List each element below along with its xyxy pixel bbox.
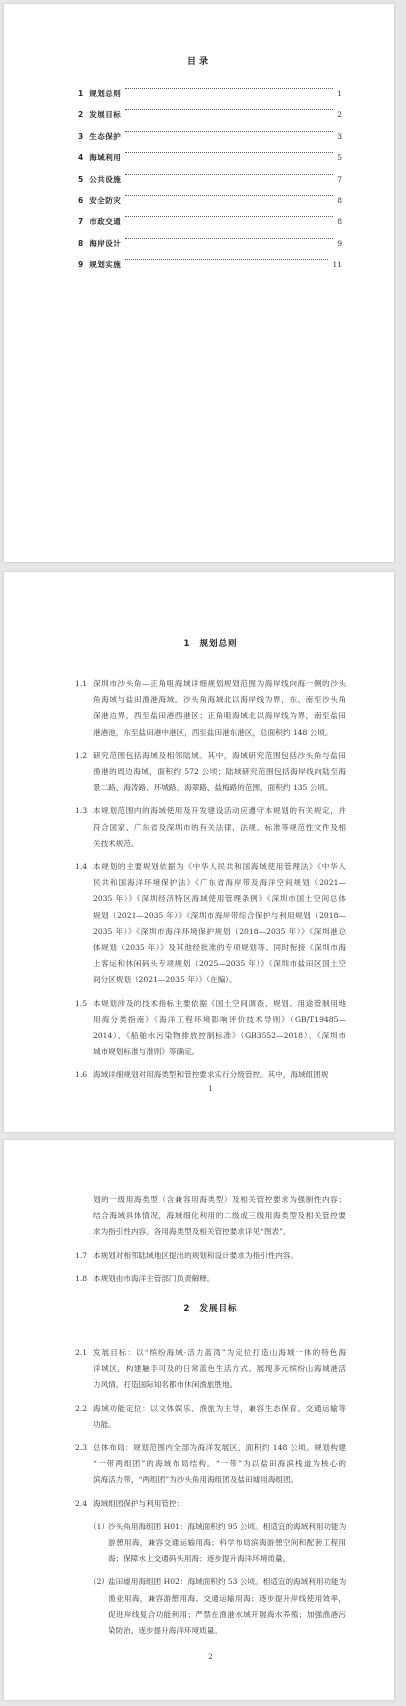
paragraph-line: 民共和国海洋环境保护法》《广东省海岸带及海洋空间规划（2021— xyxy=(93,875,346,891)
document-page-2: 1规划总则1.1深圳市沙头角—正角咀海域详细规划规划范围为海岸线向海一侧的沙头角… xyxy=(4,572,394,1132)
paragraph-line: 深圳市沙头角—正角咀海域详细规划规划范围为海岸线向海一侧的沙头 xyxy=(93,676,346,692)
paragraph-line: 研究范围包括海域及相邻陆域。其中，海域研究范围包括沙头角与盐田 xyxy=(93,748,346,764)
toc-dot-leader xyxy=(125,109,333,110)
section-number: 1 xyxy=(184,639,191,649)
page-content: 划的一级用海类型（含兼容用海类型）及相关管控要求为强制性内容；结合海域具体情况，… xyxy=(4,1140,394,1639)
toc-entry-label: 海域利用 xyxy=(89,147,121,168)
toc-dot-leader xyxy=(125,195,333,196)
paragraph-number: 1.8 xyxy=(75,1271,87,1287)
paragraph-line: 2035 年）》《深圳市海洋环境保护规划（2018—2035 年）》《深圳港总 xyxy=(93,924,346,940)
paragraph-line: 本规划由市海洋主管部门负责解释。 xyxy=(93,1271,346,1287)
toc-dot-leader xyxy=(125,174,333,175)
toc-entry-page: 7 xyxy=(337,169,342,190)
toc-entry-number: 4 xyxy=(78,147,83,168)
section-title: 规划总则 xyxy=(199,639,237,649)
paragraph-number: 1.5 xyxy=(75,996,87,1012)
paragraph-line: 关技术规范。 xyxy=(93,836,346,852)
toc-entry-number: 7 xyxy=(78,211,83,232)
section-title: 发展目标 xyxy=(199,1304,237,1314)
paragraph-line: 总体布局：规划范围内全部为海洋发展区，面积约 148 公顷。规划构建 xyxy=(93,1440,346,1456)
paragraph-line: 滨海活力带，“两组团”为沙头角用海组团及盐田墟用海组团。 xyxy=(93,1472,346,1488)
paragraph-line: 用海分类指南》《海洋工程环境影响评价技术导则》（GB/T19485— xyxy=(93,1012,346,1028)
page-content: 1规划总则1.1深圳市沙头角—正角咀海域详细规划规划范围为海岸线向海一侧的沙头角… xyxy=(4,572,394,1084)
toc-entry-page: 2 xyxy=(337,104,342,125)
toc-title: 目录 xyxy=(4,4,394,67)
toc-entry[interactable]: 5公共设施7 xyxy=(78,169,342,190)
paragraph-line: 划的一级用海类型（含兼容用海类型）及相关管控要求为强制性内容； xyxy=(93,1192,346,1208)
paragraph-number: 1.6 xyxy=(75,1067,87,1083)
toc-entry[interactable]: 3生态保护3 xyxy=(78,126,342,147)
paragraph: 2.2海域功能定位：以文体娱乐、渔旅为主导，兼容生态保育、交通运输等功能。 xyxy=(75,1401,346,1433)
document-page-1: 目录 1规划总则12发展目标23生态保护34海域利用55公共设施76安全防灾87… xyxy=(4,4,394,562)
paragraph-line: 功能。 xyxy=(93,1417,346,1433)
paragraph: 1.4本规划的主要规划依据为《中华人民共和国海域使用管理法》《中华人民共和国海洋… xyxy=(75,859,346,989)
toc-dot-leader xyxy=(125,259,328,260)
toc-dot-leader xyxy=(125,238,333,239)
toc-entry[interactable]: 8海岸设计9 xyxy=(78,233,342,254)
toc-dot-leader xyxy=(125,88,333,89)
toc-entry-page: 3 xyxy=(337,126,342,147)
paragraph-line: 符合国家、广东省及深圳市的有关法律、法规、标准等规范性文件及相 xyxy=(93,820,346,836)
toc-entry-page: 8 xyxy=(337,190,342,211)
list-item: （1）沙头角用海组团 H01：海域面积约 95 公顷。相适宜的海域利用功能为游憩… xyxy=(75,1519,346,1568)
toc-entry[interactable]: 9规划实施11 xyxy=(78,254,342,275)
paragraph-number: 1.1 xyxy=(75,676,87,692)
paragraph-line: 本规划涉及的技术指标主要依据《国土空间调查、规划、用途管制用地 xyxy=(93,996,346,1012)
toc-list: 1规划总则12发展目标23生态保护34海域利用55公共设施76安全防灾87市政交… xyxy=(4,83,394,276)
paragraph: 2.4海域组团保护与利用管控： xyxy=(75,1496,346,1512)
paragraph-number: 2.3 xyxy=(75,1440,87,1456)
paragraph: 1.7本规划对相邻陆域地区提出的规划和设计要求为指引性内容。 xyxy=(75,1248,346,1264)
paragraph-line: 力风情、打造国际知名都市休闲渔旅胜地。 xyxy=(93,1377,346,1393)
paragraph-number: 2.1 xyxy=(75,1345,87,1361)
paragraph-number: 1.4 xyxy=(75,859,87,875)
paragraph: 2.1发展目标：以“缤纷海域·活力蓝湾”为定位打造山海城一体的特色海洋城区，构建… xyxy=(75,1345,346,1394)
paragraph: 1.6海域详细规划对用海类型和管控要求实行分级管控。其中，海域组团规 xyxy=(75,1067,346,1083)
toc-entry-page: 5 xyxy=(337,147,342,168)
toc-entry-page: 11 xyxy=(332,254,342,275)
paragraph: 1.2研究范围包括海域及相邻陆域。其中，海域研究范围包括沙头角与盐田渔港的周边海… xyxy=(75,748,346,797)
paragraph: 1.1深圳市沙头角—正角咀海域详细规划规划范围为海岸线向海一侧的沙头角海域与盐田… xyxy=(75,676,346,741)
paragraph-line: 深港边界，西至盐田港西港区；正角咀海域北以海岸线为界，南至盐田 xyxy=(93,708,346,724)
paragraph-line: “一带两组团”的海域布局结构。“一带”为以盐田海滨栈道为核心的 xyxy=(93,1456,346,1472)
document-viewer: { "background_color": "#e6e6e6", "page_c… xyxy=(0,0,406,1706)
paragraph-line: 本规划对相邻陆域地区提出的规划和设计要求为指引性内容。 xyxy=(93,1248,346,1264)
paragraph: 1.8本规划由市海洋主管部门负责解释。 xyxy=(75,1271,346,1287)
toc-entry-number: 6 xyxy=(78,190,83,211)
paragraph: 1.5本规划涉及的技术指标主要依据《国土空间调查、规划、用途管制用地用海分类指南… xyxy=(75,996,346,1061)
toc-entry-number: 8 xyxy=(78,233,83,254)
paragraph-line: 渔业用海，兼容游憩用海、交通运输用海；逐步提升岸线使用效率， xyxy=(108,1591,346,1607)
paragraph: 1.3本规划范围内的海域使用及开发建设活动应遵守本规划的有关规定，并符合国家、广… xyxy=(75,803,346,852)
toc-entry-label: 安全防灾 xyxy=(89,190,121,211)
toc-dot-leader xyxy=(125,216,333,217)
toc-entry-label: 公共设施 xyxy=(89,169,121,190)
paragraph-line: 港港池，东至盐田港中港区，西至盐田港东港区，总面积约 148 公顷。 xyxy=(93,725,346,741)
paragraph-line: 发展目标：以“缤纷海域·活力蓝湾”为定位打造山海城一体的特色海 xyxy=(93,1345,346,1361)
toc-dot-leader xyxy=(125,152,333,153)
toc-entry-number: 3 xyxy=(78,126,83,147)
paragraph-number: 1.2 xyxy=(75,748,87,764)
paragraph: 划的一级用海类型（含兼容用海类型）及相关管控要求为强制性内容；结合海域具体情况，… xyxy=(75,1192,346,1241)
toc-entry[interactable]: 6安全防灾8 xyxy=(78,190,342,211)
paragraph-line: 海域功能定位：以文体娱乐、渔旅为主导，兼容生态保育、交通运输等 xyxy=(93,1401,346,1417)
paragraph-line: 染防治，逐步提升海洋环境质量。 xyxy=(108,1623,346,1639)
paragraph-line: 盐田墟用海组团 H02：海域面积约 53 公顷。相适宜的海域利用功能为 xyxy=(108,1574,346,1590)
toc-entry-label: 规划实施 xyxy=(89,254,121,275)
paragraph-number: 2.2 xyxy=(75,1401,87,1417)
toc-entry[interactable]: 2发展目标2 xyxy=(78,104,342,125)
paragraph-line: 沙头角用海组团 H01：海域面积约 95 公顷。相适宜的海域利用功能为 xyxy=(108,1519,346,1535)
paragraph: 2.3总体布局：规划范围内全部为海洋发展区，面积约 148 公顷。规划构建“一带… xyxy=(75,1440,346,1489)
paragraph-line: 2035 年）》《深圳经济特区海域使用管理条例》《深圳市国土空间总体 xyxy=(93,891,346,907)
paragraph-line: 海；保障水上交通码头用海；逐步提升海洋环境质量。 xyxy=(108,1551,346,1567)
list-item-marker: （2） xyxy=(89,1574,109,1590)
paragraph-line: 游憩用海，兼容交通运输用海；科学布局滨海游憩空间和配套工程用 xyxy=(108,1535,346,1551)
document-page-3: 划的一级用海类型（含兼容用海类型）及相关管控要求为强制性内容；结合海域具体情况，… xyxy=(4,1140,394,1700)
toc-entry-page: 1 xyxy=(337,83,342,104)
paragraph-line: 本规划的主要规划依据为《中华人民共和国海域使用管理法》《中华人 xyxy=(93,859,346,875)
toc-entry-number: 9 xyxy=(78,254,83,275)
page-number: 1 xyxy=(75,1084,346,1094)
page-number: 2 xyxy=(75,1652,346,1662)
toc-entry[interactable]: 7市政交通8 xyxy=(78,211,342,232)
toc-entry[interactable]: 4海域利用5 xyxy=(78,147,342,168)
paragraph-line: 2014）、《船舶水污染物排放控制标准》（GB3552—2018）、《深圳市 xyxy=(93,1028,346,1044)
paragraph-line: 角海域与盐田渔港海域。沙头角海域北以海岸线为界，东、南至沙头角 xyxy=(93,692,346,708)
paragraph-number: 2.4 xyxy=(75,1496,87,1512)
paragraph-line: 上客运和休闲码头专项规划（2025—2035 年）》《深圳市盐田区国土空 xyxy=(93,956,346,972)
paragraph-line: 结合海域具体情况，海域细化利用的二级或三级用海类型及相关管控要 xyxy=(93,1208,346,1224)
paragraph-line: 求为指引性内容。各用海类型及相关管控要求详见“图表”。 xyxy=(93,1224,346,1240)
toc-entry-page: 9 xyxy=(337,233,342,254)
toc-entry-label: 发展目标 xyxy=(89,104,121,125)
paragraph-line: 洋城区，构建触手可及的日常蓝色生活方式、展现多元缤纷山海城港活 xyxy=(93,1361,346,1377)
paragraph-line: 海域组团保护与利用管控： xyxy=(93,1496,346,1512)
toc-entry[interactable]: 1规划总则1 xyxy=(78,83,342,104)
list-item: （2）盐田墟用海组团 H02：海域面积约 53 公顷。相适宜的海域利用功能为渔业… xyxy=(75,1574,346,1639)
toc-entry-label: 海岸设计 xyxy=(89,233,121,254)
toc-entry-number: 2 xyxy=(78,104,83,125)
toc-entry-number: 1 xyxy=(78,83,83,104)
paragraph-line: 本规划范围内的海域使用及开发建设活动应遵守本规划的有关规定，并 xyxy=(93,803,346,819)
paragraph-number: 1.3 xyxy=(75,803,87,819)
list-item-marker: （1） xyxy=(89,1519,109,1535)
paragraph-line: 规划（2021—2035 年）》《深圳市海岸带综合保护与利用规划（2018— xyxy=(93,908,346,924)
toc-dot-leader xyxy=(125,131,333,132)
section-heading: 2发展目标 xyxy=(75,1301,346,1317)
paragraph-line: 间分区规划（2021—2035 年）》（在编）。 xyxy=(93,972,346,988)
paragraph-line: 体规划（2035 年）》及其他经批准的专项规划等。同时衔接《深圳市海 xyxy=(93,940,346,956)
toc-entry-label: 生态保护 xyxy=(89,126,121,147)
section-heading: 1规划总则 xyxy=(75,636,346,652)
paragraph-line: 景二路、海涛路、环城路、海翠路、盐梅路的范围，面积约 135 公顷。 xyxy=(93,780,346,796)
paragraph-line: 渔港的周边海域，面积约 572 公顷；陆域研究范围包括海岸线向陆至海 xyxy=(93,764,346,780)
paragraph-line: 城市规划标准与准则》等确定。 xyxy=(93,1044,346,1060)
paragraph-number: 1.7 xyxy=(75,1248,87,1264)
toc-entry-label: 市政交通 xyxy=(89,211,121,232)
toc-entry-label: 规划总则 xyxy=(89,83,121,104)
toc-entry-number: 5 xyxy=(78,169,83,190)
section-number: 2 xyxy=(184,1304,191,1314)
toc-entry-page: 8 xyxy=(337,211,342,232)
paragraph-line: 促进岸线复合功能利用；严禁在渔港水域开展海水养殖；加强渔港污 xyxy=(108,1607,346,1623)
paragraph-line: 海域详细规划对用海类型和管控要求实行分级管控。其中，海域组团规 xyxy=(93,1067,346,1083)
